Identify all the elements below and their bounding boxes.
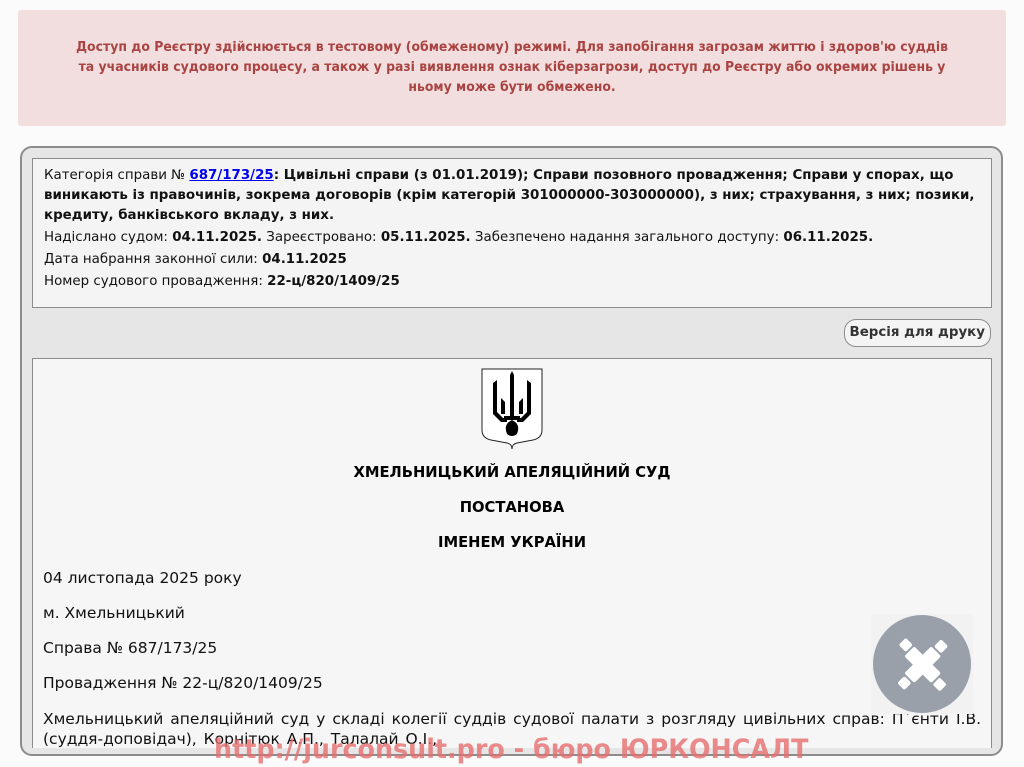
sent-label: Надіслано судом: bbox=[44, 230, 168, 245]
court-name: ХМЕЛЬНИЦЬКИЙ АПЕЛЯЦІЙНИЙ СУД bbox=[57, 463, 967, 481]
proceeding-label: Номер судового провадження: bbox=[44, 274, 263, 289]
access-date: 06.11.2025. bbox=[783, 230, 873, 245]
decision-date: 04 листопада 2025 року bbox=[43, 569, 242, 587]
case-info-panel: Категорія справи № 687/173/25: Цивільні … bbox=[32, 158, 992, 308]
decision-frame: Категорія справи № 687/173/25: Цивільні … bbox=[20, 146, 1003, 756]
registry-notice-text: Доступ до Реєстру здійснюється в тестово… bbox=[69, 38, 954, 98]
in-name-of-ukraine: ІМЕНЕМ УКРАЇНИ bbox=[57, 533, 967, 551]
proceeding-row: Номер судового провадження: 22-ц/820/140… bbox=[44, 272, 980, 292]
decision-document: ХМЕЛЬНИЦЬКИЙ АПЕЛЯЦІЙНИЙ СУД ПОСТАНОВА І… bbox=[32, 358, 992, 748]
proceeding-number: 22-ц/820/1409/25 bbox=[267, 274, 400, 289]
case-number-link[interactable]: 687/173/25 bbox=[189, 168, 273, 183]
category-label: Категорія справи № bbox=[44, 168, 185, 183]
print-version-button[interactable]: Версія для друку bbox=[844, 319, 992, 347]
puzzle-logo-icon bbox=[871, 614, 973, 714]
case-category-row: Категорія справи № 687/173/25: Цивільні … bbox=[44, 166, 980, 226]
case-number: Справа № 687/173/25 bbox=[43, 639, 217, 657]
registered-date: 05.11.2025. bbox=[381, 230, 471, 245]
decision-city: м. Хмельницький bbox=[43, 604, 185, 622]
proceeding-number-line: Провадження № 22-ц/820/1409/25 bbox=[43, 674, 323, 692]
document-type: ПОСТАНОВА bbox=[57, 498, 967, 516]
watermark-text: http://jurconsult.pro - бюро ЮРКОНСАЛТ bbox=[214, 733, 778, 767]
sent-date: 04.11.2025. bbox=[172, 230, 262, 245]
dates-row: Надіслано судом: 04.11.2025. Зареєстрова… bbox=[44, 228, 980, 248]
ukraine-coat-of-arms-icon bbox=[481, 368, 543, 450]
registry-notice-banner: Доступ до Реєстру здійснюється в тестово… bbox=[18, 10, 1006, 126]
effective-date: 04.11.2025 bbox=[262, 252, 347, 267]
access-label: Забезпечено надання загального доступу: bbox=[475, 230, 779, 245]
effective-date-row: Дата набрання законної сили: 04.11.2025 bbox=[44, 250, 980, 270]
effective-label: Дата набрання законної сили: bbox=[44, 252, 258, 267]
registered-label: Зареєстровано: bbox=[266, 230, 376, 245]
